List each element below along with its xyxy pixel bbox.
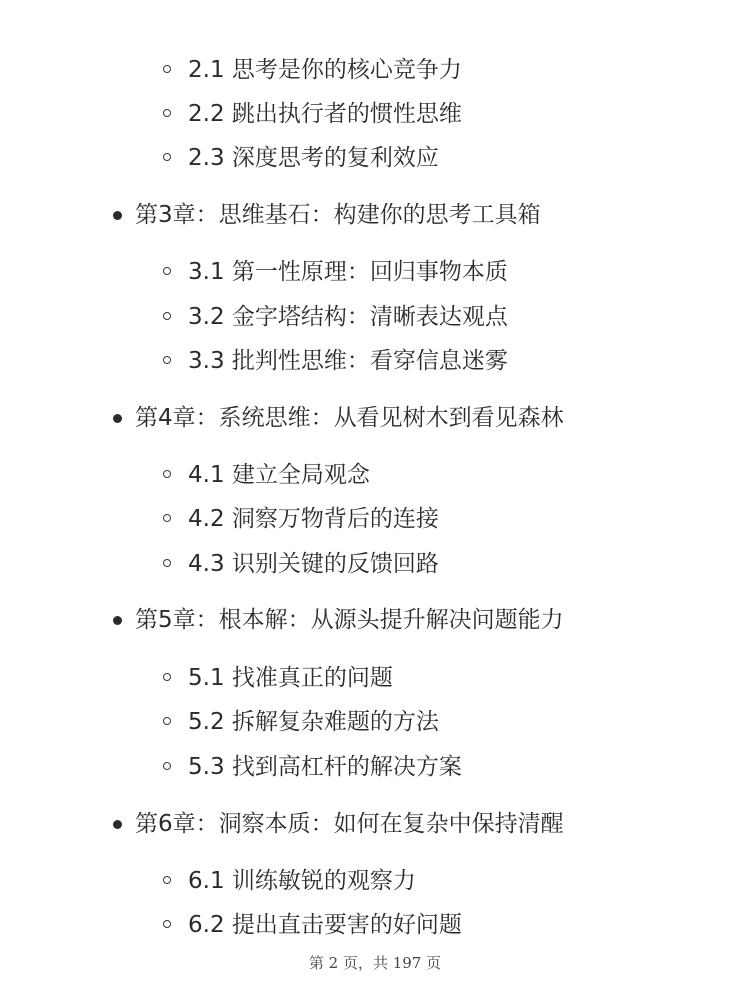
toc-subitem-text: 6.2 提出直击要害的好问题	[188, 908, 462, 942]
hollow-bullet-icon	[163, 514, 171, 522]
toc-chapter-text: 第3章：思维基石：构建你的思考工具箱	[135, 198, 541, 232]
toc-subitem-text: 2.1 思考是你的核心竞争力	[188, 53, 462, 87]
toc-subitem-text: 5.2 拆解复杂难题的方法	[188, 705, 439, 739]
toc-subitem-text: 3.1 第一性原理：回归事物本质	[188, 255, 508, 289]
hollow-bullet-icon	[163, 762, 171, 770]
toc-chapter-text: 第5章：根本解：从源头提升解决问题能力	[135, 603, 564, 637]
toc-chapter-text: 第6章：洞察本质：如何在复杂中保持清醒	[135, 807, 564, 841]
hollow-bullet-icon	[163, 65, 171, 73]
hollow-bullet-icon	[163, 876, 171, 884]
toc-subitem-text: 2.2 跳出执行者的惯性思维	[188, 97, 462, 131]
toc-chapter-text: 第4章：系统思维：从看见树木到看见森林	[135, 401, 564, 435]
toc-subitem-text: 6.1 训练敏锐的观察力	[188, 864, 416, 898]
hollow-bullet-icon	[163, 312, 171, 320]
hollow-bullet-icon	[163, 109, 171, 117]
toc-subitem-text: 4.2 洞察万物背后的连接	[188, 502, 439, 536]
page-number-footer: 第 2 页，共 197 页	[0, 952, 750, 973]
toc-subitem-text: 2.3 深度思考的复利效应	[188, 141, 439, 175]
filled-bullet-icon	[113, 820, 122, 829]
hollow-bullet-icon	[163, 356, 171, 364]
document-page: 2.1 思考是你的核心竞争力 2.2 跳出执行者的惯性思维 2.3 深度思考的复…	[0, 0, 750, 1000]
hollow-bullet-icon	[163, 673, 171, 681]
toc-subitem-text: 4.3 识别关键的反馈回路	[188, 547, 439, 581]
filled-bullet-icon	[113, 211, 122, 220]
hollow-bullet-icon	[163, 153, 171, 161]
toc-subitem-text: 3.3 批判性思维：看穿信息迷雾	[188, 344, 508, 378]
toc-subitem-text: 3.2 金字塔结构：清晰表达观点	[188, 300, 508, 334]
hollow-bullet-icon	[163, 920, 171, 928]
filled-bullet-icon	[113, 414, 122, 423]
toc-subitem-text: 4.1 建立全局观念	[188, 458, 370, 492]
hollow-bullet-icon	[163, 559, 171, 567]
hollow-bullet-icon	[163, 267, 171, 275]
hollow-bullet-icon	[163, 717, 171, 725]
filled-bullet-icon	[113, 616, 122, 625]
toc-subitem-text: 5.1 找准真正的问题	[188, 661, 393, 695]
toc-subitem-text: 5.3 找到高杠杆的解决方案	[188, 750, 462, 784]
hollow-bullet-icon	[163, 470, 171, 478]
